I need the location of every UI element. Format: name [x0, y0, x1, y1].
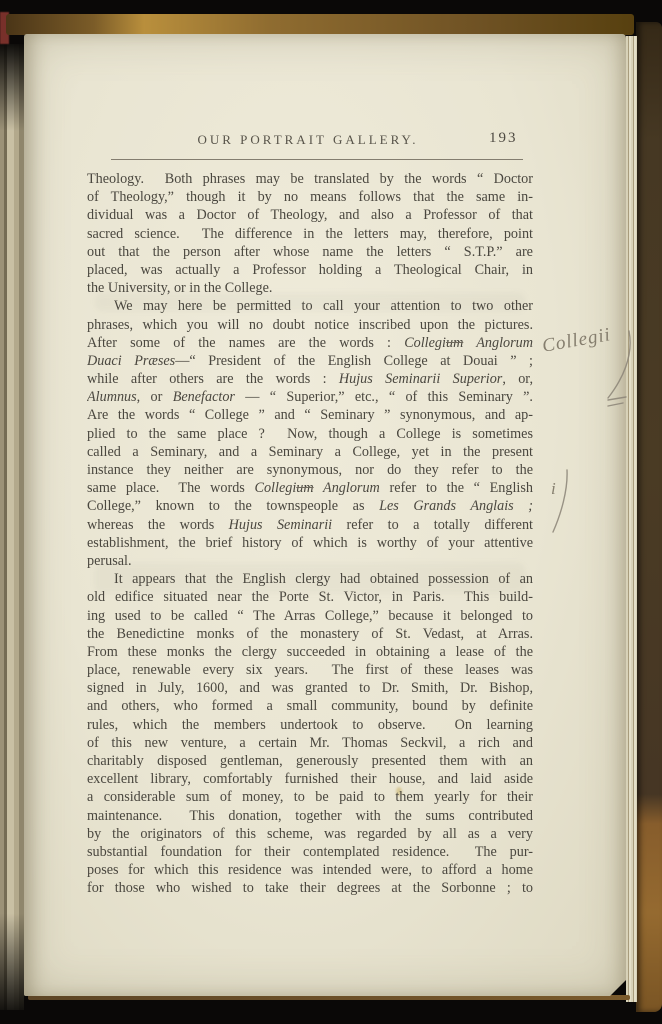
text-line: excellent library, comfortably furnished…	[87, 770, 533, 788]
text-line: a considerable sum of money, to be paid …	[87, 788, 533, 806]
text-line: poses for which this residence was inten…	[87, 861, 533, 879]
text-line: the Benedictine monks of the monastery o…	[87, 625, 533, 643]
text-line: Alumnus, or Benefactor — “ Superior,” et…	[87, 388, 533, 406]
running-header: OUR PORTRAIT GALLERY.	[98, 132, 518, 148]
text-line: From these monks the clergy succeeded in…	[87, 643, 533, 661]
text-line: sacred science. The difference in the le…	[87, 225, 533, 243]
text-line: We may here be permitted to call your at…	[87, 297, 533, 315]
text-line: Are the words “ College ” and “ Seminary…	[87, 406, 533, 424]
text-line: maintenance. This donation, together wit…	[87, 807, 533, 825]
text-line: After some of the names are the words : …	[87, 334, 533, 352]
text-line: place, renewable every six years. The fi…	[87, 661, 533, 679]
page-body: Theology. Both phrases may be translated…	[87, 170, 533, 898]
text-line: whereas the words Hujus Seminarii refer …	[87, 516, 533, 534]
text-line: charitably disposed gentleman, generousl…	[87, 752, 533, 770]
text-line: while after others are the words : Hujus…	[87, 370, 533, 388]
text-line: called a Seminary, and a Seminary a Coll…	[87, 443, 533, 461]
text-line: perusal.	[87, 552, 533, 570]
text-line: and others, who formed a small community…	[87, 697, 533, 715]
header-rule	[111, 159, 523, 160]
text-line: dividual was a Doctor of Theology, and a…	[87, 206, 533, 224]
text-line: instance they neither are synonymous, no…	[87, 461, 533, 479]
text-line: of this new venture, a certain Mr. Thoma…	[87, 734, 533, 752]
text-line: the University, or in the College.	[87, 279, 533, 297]
text-line: Theology. Both phrases may be translated…	[87, 170, 533, 188]
book-spine	[0, 44, 24, 1010]
page-number: 193	[489, 130, 518, 147]
text-line: signed in July, 1600, and was granted to…	[87, 679, 533, 697]
text-line: placed, was actually a Professor holding…	[87, 261, 533, 279]
text-line: substantial foundation for their contemp…	[87, 843, 533, 861]
text-line: plied to the same place ? Now, though a …	[87, 425, 533, 443]
book-cover-top-edge	[6, 14, 634, 35]
text-line: for those who wished to take their degre…	[87, 879, 533, 897]
book-scan: OUR PORTRAIT GALLERY. 193 Theology. Both…	[0, 0, 662, 1024]
text-line: old edifice situated near the Porte St. …	[87, 588, 533, 606]
text-line: ing used to be called “ The Arras Colleg…	[87, 607, 533, 625]
text-line: out that the person after whose name the…	[87, 243, 533, 261]
text-line: Duaci Præses—“ President of the English …	[87, 352, 533, 370]
text-line: of Theology,” though it by no means foll…	[87, 188, 533, 206]
text-line: same place. The words Collegium Anglorum…	[87, 479, 533, 497]
text-line: phrases, which you will no doubt notice …	[87, 316, 533, 334]
text-line: It appears that the English clergy had o…	[87, 570, 533, 588]
pencil-strokes	[540, 318, 662, 548]
text-line: rules, which the members undertook to ob…	[87, 716, 533, 734]
text-line: College,” known to the townspeople as Le…	[87, 497, 533, 515]
text-line: by the originators of this scheme, was r…	[87, 825, 533, 843]
text-line: establishment, the brief history of whic…	[87, 534, 533, 552]
